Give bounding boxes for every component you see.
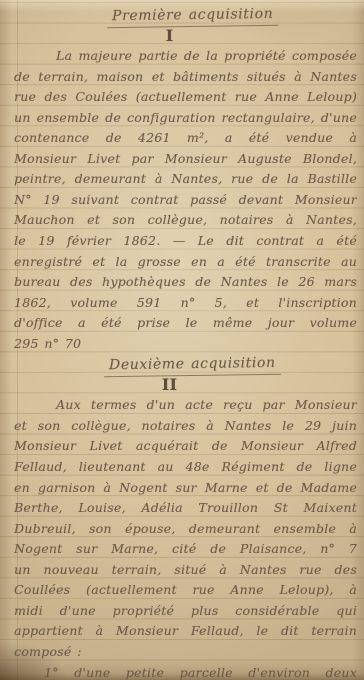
manuscript-line: d'office a été prise le même jour volume [14,313,357,334]
manuscript-line: Nogent sur Marne, cité de Plaisance, n° … [14,539,357,560]
section-heading-text: Première acquisition [107,4,279,28]
manuscript-line: de terrain, maison et bâtiments situés à… [14,67,357,88]
manuscript-line: rue des Coulées (actuellement rue Anne L… [14,87,357,108]
manuscript-line: N° 19 suivant contrat passé devant Monsi… [14,190,357,211]
manuscript-line: Monsieur Livet acquérait de Monsieur Alf… [14,436,357,457]
section-heading: Première acquisition [14,5,357,26]
section-heading-text: Deuxième acquisition [104,353,281,377]
manuscript-line: peintre, demeurant à Nantes, rue de la B… [14,169,357,190]
manuscript-body: Première acquisitionILa majeure partie d… [0,0,364,680]
manuscript-line: en garnison à Nogent sur Marne et de Mad… [14,478,357,499]
manuscript-line: un ensemble de configuration rectangulai… [14,108,357,129]
manuscript-line: composé : [14,642,357,663]
manuscript-line: Dubreuil, son épouse, demeurant ensemble… [14,519,357,540]
manuscript-line: bureau des hypothèques de Nantes le 26 m… [14,272,357,293]
manuscript-line: Coullées (actuellement rue Anne Leloup),… [14,580,357,601]
manuscript-line: Monsieur Livet par Monsieur Auguste Blon… [14,149,357,170]
manuscript-line: Mauchon et son collègue, notaires à Nant… [14,210,357,231]
manuscript-line: Fellaud, lieutenant au 48e Régiment de l… [14,457,357,478]
manuscript-page: Première acquisitionILa majeure partie d… [0,0,364,680]
manuscript-line: 1° d'une petite parcelle d'environ deux … [14,663,357,680]
section-heading: Deuxième acquisition [14,354,357,375]
manuscript-line: un nouveau terrain, situé à Nantes rue d… [14,560,357,581]
manuscript-line: Aux termes d'un acte reçu par Monsieur G… [14,395,357,416]
section-numeral: II [0,375,341,396]
manuscript-line: 1862, volume 591 n° 5, et l'inscription [14,293,357,314]
manuscript-line: La majeure partie de la propriété compos… [14,46,357,67]
manuscript-line: contenance de 4261 m², a été vendue à [14,128,357,149]
manuscript-line: enregistré et la grosse en a été transcr… [14,252,357,273]
manuscript-line: Berthe, Louise, Adélia Trouillon St Maix… [14,498,357,519]
manuscript-line: et son collègue, notaires à Nantes le 29… [14,416,357,437]
section-numeral: I [0,26,341,47]
manuscript-line: appartient à Monsieur Fellaud, le dit te… [14,621,357,642]
manuscript-line: le 19 février 1862. — Le dit contrat a é… [14,231,357,252]
manuscript-line: midi d'une propriété plus considérable q… [14,601,357,622]
manuscript-line: 295 n° 70 [14,334,357,355]
